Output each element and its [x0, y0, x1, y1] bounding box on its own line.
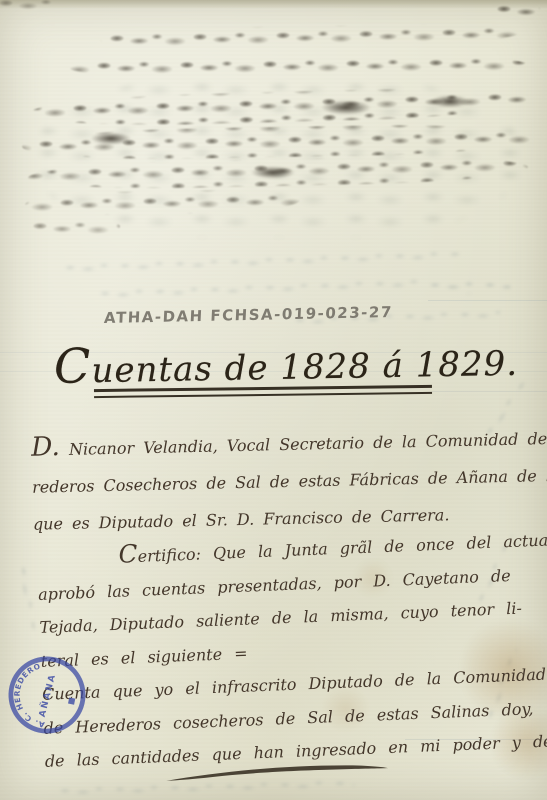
- show-through-mark: [60, 249, 460, 275]
- ink-offset-smudge: [0, 0, 52, 13]
- show-through-mark: [15, 560, 39, 631]
- ink-blot: [430, 95, 470, 108]
- page-top-edge: [0, 0, 547, 9]
- manuscript-page: ATHA-DAH FCHSA-019-023-27 Cuentas de 182…: [0, 0, 547, 800]
- ink-blot: [250, 166, 296, 179]
- ink-offset-smudge: [70, 55, 528, 78]
- ink-blot: [320, 100, 372, 115]
- ink-offset-smudge: [28, 219, 120, 234]
- ink-blot: [90, 132, 132, 145]
- ink-offset-smudge: [100, 22, 520, 50]
- show-through-mark: [425, 280, 510, 294]
- certification-paragraph: Certifico: Que la Junta grãl de once del…: [36, 521, 547, 779]
- ink-offset-smudge: [492, 2, 540, 17]
- ruled-line: [432, 391, 547, 392]
- stamp-center-text: AÑANA: [37, 672, 59, 718]
- show-through-mark: [95, 277, 425, 301]
- ruled-line: [428, 300, 547, 301]
- stamp-diamond-mark: [68, 697, 75, 704]
